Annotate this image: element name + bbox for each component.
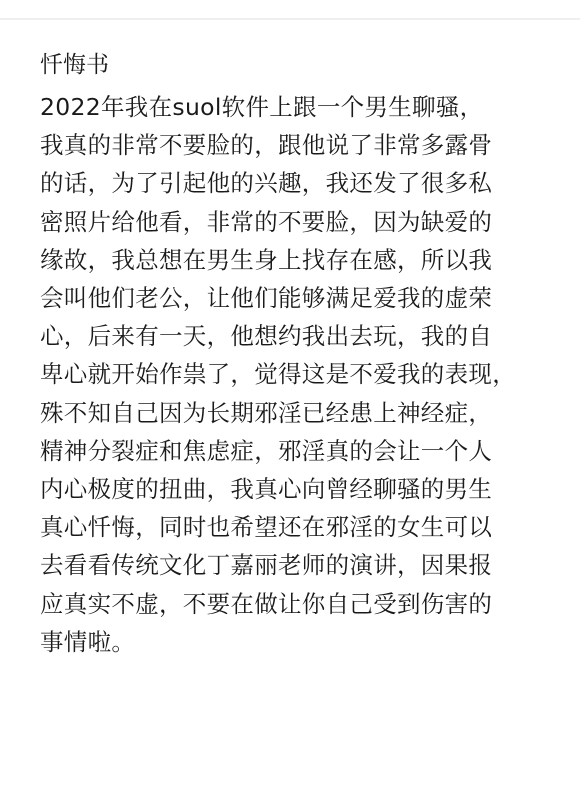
text-line: 的话，为了引起他的兴趣，我还发了很多私	[40, 164, 550, 202]
document-title: 忏悔书	[40, 50, 550, 80]
text-line: 心，后来有一天，他想约我出去玩，我的自	[40, 317, 550, 355]
text-line: 缘故，我总想在男生身上找存在感，所以我	[40, 241, 550, 279]
text-line: 会叫他们老公，让他们能够满足爱我的虚荣	[40, 279, 550, 317]
text-line: 真心忏悔，同时也希望还在邪淫的女生可以	[40, 508, 550, 546]
text-line: 密照片给他看，非常的不要脸，因为缺爱的	[40, 203, 550, 241]
text-line: 殊不知自己因为长期邪淫已经患上神经症，	[40, 394, 550, 432]
text-line: 事情啦。	[40, 623, 550, 661]
document-body: 2022年我在suol软件上跟一个男生聊骚， 我真的非常不要脸的，跟他说了非常多…	[40, 88, 550, 661]
document-content: 忏悔书 2022年我在suol软件上跟一个男生聊骚， 我真的非常不要脸的，跟他说…	[40, 50, 550, 661]
text-line: 我真的非常不要脸的，跟他说了非常多露骨	[40, 126, 550, 164]
text-line: 卑心就开始作祟了，觉得这是不爱我的表现，	[40, 355, 550, 393]
text-line: 2022年我在suol软件上跟一个男生聊骚，	[40, 88, 550, 126]
text-line: 精神分裂症和焦虑症，邪淫真的会让一个人	[40, 432, 550, 470]
text-line: 应真实不虚，不要在做让你自己受到伤害的	[40, 585, 550, 623]
text-line: 内心极度的扭曲，我真心向曾经聊骚的男生	[40, 470, 550, 508]
top-bar	[0, 0, 580, 20]
text-line: 去看看传统文化丁嘉丽老师的演讲，因果报	[40, 546, 550, 584]
